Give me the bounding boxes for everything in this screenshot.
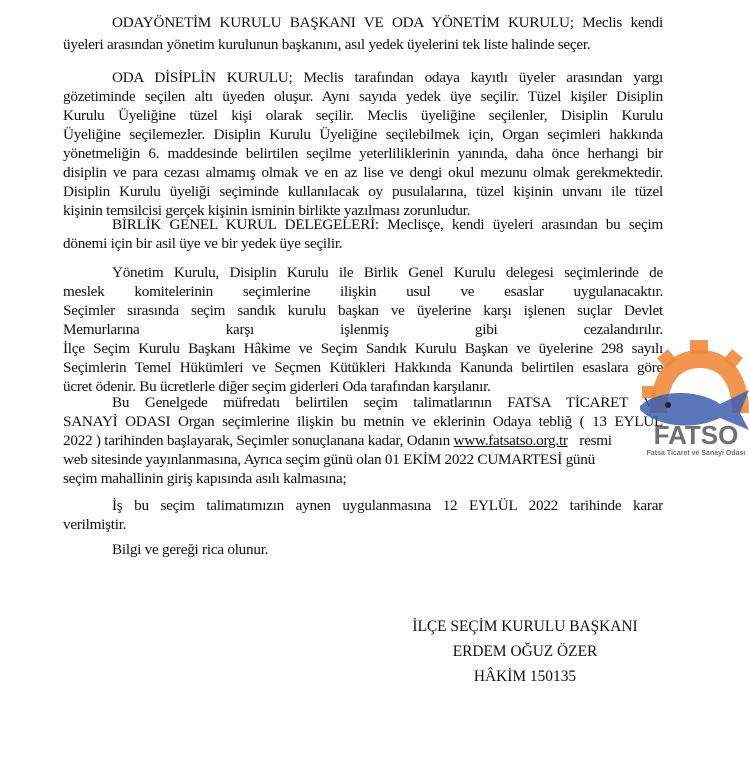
- paragraph-yayin-line: 2022 ) tarihinden başlayarak, Seçimler s…: [63, 432, 663, 450]
- paragraph-yayin-text: 2022 ) tarihinden başlayarak, Seçimler s…: [63, 432, 450, 449]
- paragraph-ucret-line: İlçe Seçim Kurulu Başkanı Hâkime ve Seçi…: [63, 340, 663, 358]
- paragraph-disiplin-kurulu-line: disiplin ve para cezası almamış olmak ve…: [63, 164, 663, 182]
- signature-title: İLÇE SEÇİM KURULU BAŞKANI: [400, 618, 650, 636]
- document-page: ODAYÖNETİM KURULU BAŞKANI VE ODA YÖNETİM…: [0, 0, 749, 782]
- paragraph-yonetim-kurulu-line: üyeleri arasından yönetim kurulunun başk…: [63, 36, 663, 54]
- paragraph-disiplin-kurulu-line: yönetmeliğin 6. maddesinde belirtilen se…: [63, 145, 663, 163]
- paragraph-yayin-line: seçim mahallinin giriş kapısında asılı k…: [63, 470, 663, 488]
- svg-text:Fatsa Ticaret ve Sanayi Odası: Fatsa Ticaret ve Sanayi Odası: [647, 450, 746, 457]
- paragraph-birlik-delegeleri-line: BİRLİK GENEL KURUL DELEGELERİ: Meclisçe,…: [112, 216, 663, 234]
- closing-line: Bilgi ve gereği rica olunur.: [112, 541, 663, 559]
- paragraph-ucret-line: Seçimler sırasında seçim sandık kurulu b…: [63, 302, 663, 320]
- paragraph-ucret-line: meslek komitelerinin seçimlerine ilişkin…: [63, 283, 663, 301]
- paragraph-yayin-line: SANAYİ ODASI Organ seçimlerine ilişkin b…: [63, 413, 663, 431]
- paragraph-disiplin-kurulu-line: Üyeliğine seçilemezler. Disiplin Kurulu …: [63, 126, 663, 144]
- paragraph-ucret-line: Seçimlerin Temel Hükümleri ve Seçmen Küt…: [63, 359, 663, 377]
- paragraph-birlik-delegeleri-line: dönemi için bir asil üye ve bir yedek üy…: [63, 235, 663, 253]
- paragraph-disiplin-kurulu-line: ODA DİSİPLİN KURULU; Meclis tarafından o…: [112, 69, 663, 87]
- paragraph-disiplin-kurulu-line: gözetiminde seçilen altı üyeden oluşur. …: [63, 88, 663, 106]
- paragraph-yayin-text: resmi: [579, 432, 612, 449]
- paragraph-ucret-line: Memurlarına karşı işlenmiş gibi cezaland…: [63, 321, 663, 339]
- paragraph-yayin-line: Bu Genelgede müfredatı belirtilen seçim …: [112, 394, 663, 412]
- paragraph-disiplin-kurulu-line: Disiplin Kurulu üyeliği seçiminde kullan…: [63, 183, 663, 201]
- gear-fish-logo-icon: FATSO Fatsa Ticaret ve Sanayi Odası: [640, 338, 749, 458]
- fatso-logo: FATSO Fatsa Ticaret ve Sanayi Odası: [640, 338, 749, 458]
- paragraph-yayin-line: web sitesinde yayınlanmasına, Ayrıca seç…: [63, 451, 663, 469]
- paragraph-ucret-line: Yönetim Kurulu, Disiplin Kurulu ile Birl…: [112, 264, 663, 282]
- paragraph-yonetim-kurulu-line: ODAYÖNETİM KURULU BAŞKANI VE ODA YÖNETİM…: [112, 14, 663, 32]
- paragraph-disiplin-kurulu-line: Kurulu Üyeliğine tüzel kişi olarak seçil…: [63, 107, 663, 125]
- paragraph-karar-line: İş bu seçim talimatımızın aynen uygulanm…: [112, 497, 663, 515]
- paragraph-karar-line: verilmiştir.: [63, 516, 663, 534]
- svg-text:FATSO: FATSO: [654, 420, 739, 450]
- signature-name: ERDEM OĞUZ ÖZER: [400, 643, 650, 661]
- website-link[interactable]: www.fatsatso.org.tr: [454, 432, 568, 449]
- signature-role: HÂKİM 150135: [400, 668, 650, 686]
